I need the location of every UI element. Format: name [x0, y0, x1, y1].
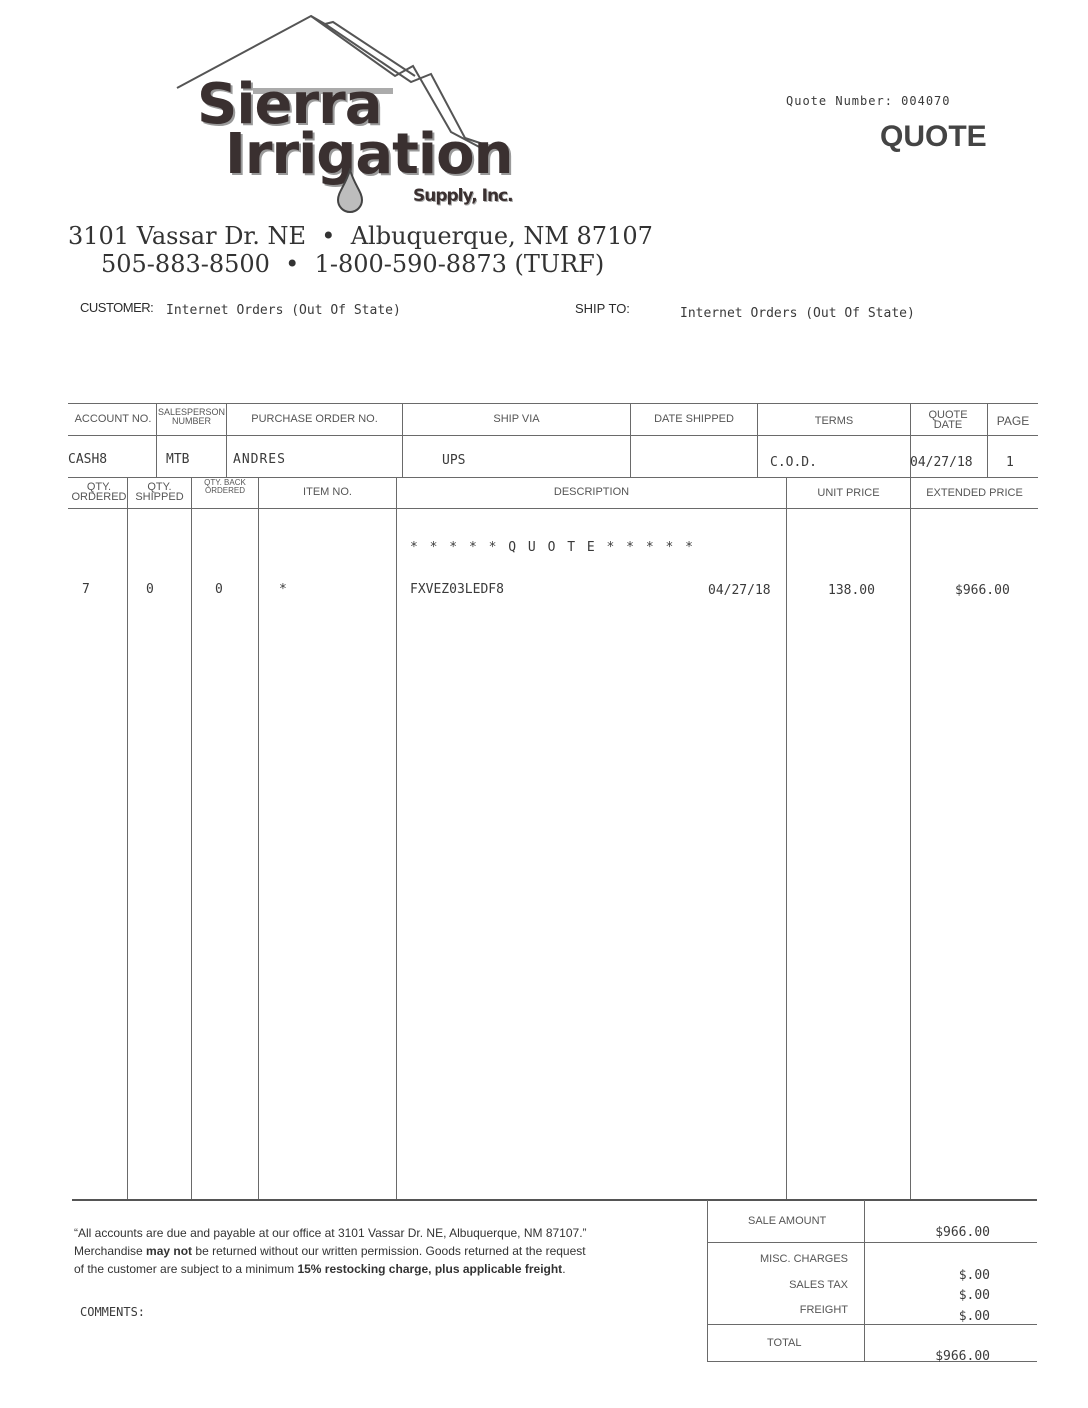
notice-text: of the customer are subject to a minimum [74, 1262, 297, 1276]
divider [191, 477, 192, 1199]
payment-terms-notice: “All accounts are due and payable at our… [74, 1224, 694, 1278]
quote-number: Quote Number: 004070 [786, 94, 951, 108]
col-item-no: ITEM NO. [259, 487, 396, 497]
ship-to-label: SHIP TO: [575, 301, 630, 316]
divider [786, 477, 787, 1199]
company-logo: Sierra Irrigation Supply, Inc. [165, 10, 565, 215]
qty-shipped: 0 [146, 582, 154, 597]
col-qty-shipped: QTY. SHIPPED [128, 482, 191, 502]
divider [910, 477, 911, 1199]
notice-text: be returned without our written permissi… [192, 1244, 586, 1258]
item-description: FXVEZ03LEDF8 [410, 582, 504, 597]
quote-number-value: 004070 [901, 94, 950, 108]
sale-amount-value: $966.00 [900, 1225, 990, 1240]
company-address: 3101 Vassar Dr. NE • Albuquerque, NM 871… [68, 222, 653, 250]
item-date: 04/27/18 [708, 583, 771, 598]
col-terms: TERMS [758, 416, 910, 426]
col-qty-ordered: QTY. ORDERED [70, 482, 128, 502]
col-salesperson: SALESPERSON NUMBER [157, 408, 226, 426]
sales-tax-value: $.00 [900, 1288, 990, 1303]
notice-emphasis: may not [146, 1244, 192, 1258]
freight-label: FREIGHT [700, 1304, 848, 1316]
ship-to-value: Internet Orders (Out Of State) [680, 306, 915, 321]
customer-label: CUSTOMER: [80, 300, 153, 315]
misc-charges-label: MISC. CHARGES [700, 1253, 848, 1265]
qty-ordered: 7 [82, 582, 90, 597]
document-title: QUOTE [880, 120, 987, 154]
divider [68, 403, 1038, 404]
col-unit-price: UNIT PRICE [787, 488, 910, 498]
col-extended-price: EXTENDED PRICE [911, 488, 1038, 498]
quote-date-value: 04/27/18 [910, 455, 973, 470]
quote-banner: * * * * * Q U O T E * * * * * [410, 540, 695, 555]
notice-emphasis: 15% restocking charge, plus applicable f… [297, 1262, 562, 1276]
divider [987, 403, 988, 477]
total-value: $966.00 [900, 1349, 990, 1364]
col-purchase-order: PURCHASE ORDER NO. [227, 414, 402, 424]
item-no: * [279, 582, 287, 597]
terms-value: C.O.D. [770, 455, 817, 470]
col-page: PAGE [988, 416, 1038, 426]
divider [707, 1242, 1037, 1243]
customer-value: Internet Orders (Out Of State) [166, 303, 401, 318]
ship-via-value: UPS [442, 453, 465, 468]
divider [68, 508, 1038, 509]
divider [707, 1324, 1037, 1325]
qty-back-ordered: 0 [215, 582, 223, 597]
divider [757, 403, 758, 477]
col-quote-date: QUOTE DATE [922, 410, 974, 430]
notice-text: Merchandise [74, 1244, 146, 1258]
col-qty-back-ordered: QTY. BACK ORDERED [196, 479, 254, 495]
unit-price: 138.00 [828, 583, 875, 598]
col-description: DESCRIPTION [397, 487, 786, 497]
page-value: 1 [1006, 455, 1014, 470]
divider [127, 477, 128, 1199]
divider [68, 435, 1038, 436]
freight-value: $.00 [900, 1309, 990, 1324]
divider [258, 477, 259, 1199]
total-label: TOTAL [720, 1337, 902, 1349]
account-no-value: CASH8 [68, 452, 107, 467]
company-phone: 505-883-8500 • 1-800-590-8873 (TURF) [101, 250, 604, 278]
logo-word-irrigation: Irrigation [225, 122, 512, 187]
sales-tax-label: SALES TAX [700, 1279, 848, 1291]
extended-price: $966.00 [955, 583, 1010, 598]
water-drop-icon [335, 168, 365, 214]
col-date-shipped: DATE SHIPPED [631, 414, 757, 424]
notice-line: Merchandise may not be returned without … [74, 1242, 694, 1260]
col-ship-via: SHIP VIA [403, 414, 630, 424]
sale-amount-label: SALE AMOUNT [720, 1215, 883, 1227]
comments-label: COMMENTS: [80, 1305, 145, 1319]
logo-word-supply: Supply, Inc. [413, 186, 513, 206]
salesperson-value: MTB [166, 452, 189, 467]
notice-line: of the customer are subject to a minimum… [74, 1260, 694, 1278]
notice-line: “All accounts are due and payable at our… [74, 1224, 694, 1242]
divider [396, 477, 397, 1199]
purchase-order-value: ANDRES [233, 452, 286, 467]
quote-number-label: Quote Number: [786, 94, 893, 108]
misc-charges-value: $.00 [900, 1268, 990, 1283]
col-account-no: ACCOUNT NO. [70, 414, 156, 424]
divider [72, 1199, 1037, 1201]
notice-text: . [562, 1262, 565, 1276]
